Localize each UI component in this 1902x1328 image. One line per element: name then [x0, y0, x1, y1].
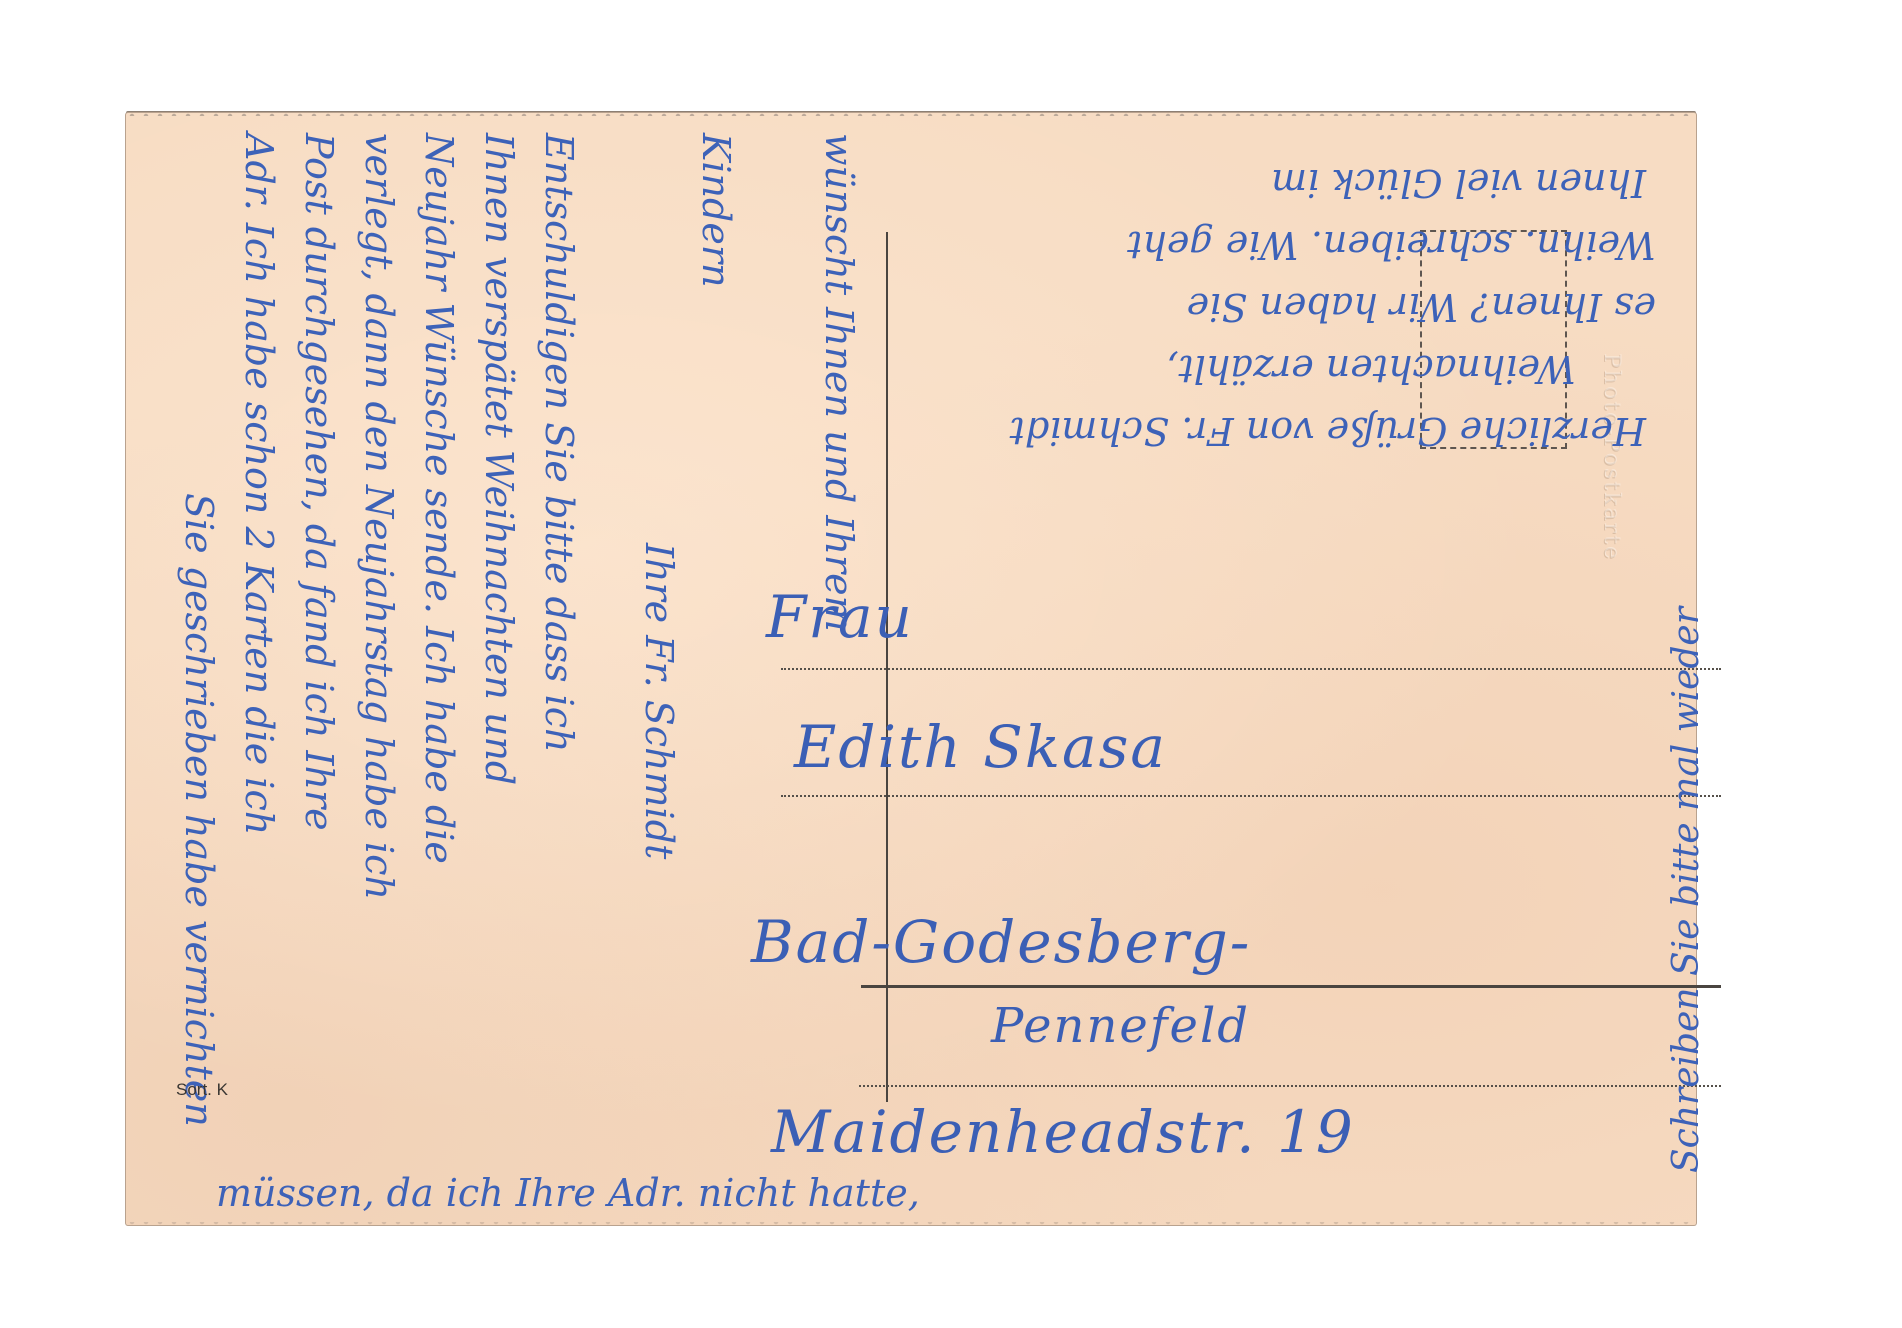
address-line-2 [781, 795, 1721, 797]
address-line-4 [859, 1085, 1721, 1087]
message-line: Kindern [694, 133, 738, 287]
printed-sort-mark: Sort. K [176, 1080, 228, 1100]
message-line: Ihnen verspätet Weihnachten und [477, 133, 521, 785]
message-line: verlegt, dann den Neujahrstag habe ich [357, 133, 401, 900]
postcard: Photo-Postkarte Frau Edith Skasa Bad-God… [126, 113, 1696, 1225]
message-line: Adr. Ich habe schon 2 Karten die ich [237, 133, 281, 835]
message-line: es Ihnen? Wir haben Sie [1187, 285, 1656, 329]
address-line-3 [861, 985, 1721, 988]
left-message: wünscht Ihnen und Ihrem Kindern Ihre Fr.… [126, 113, 886, 1225]
right-edge-note: Schreiben Sie bitte mal wieder [1666, 607, 1707, 1173]
message-line: Ihre Fr. Schmidt [637, 543, 681, 859]
message-line: Weihnachten erzählt, [1166, 347, 1576, 391]
message-line: Post durchgesehen, da fand ich Ihre [297, 133, 341, 831]
address-district: Pennefeld [991, 998, 1250, 1054]
upside-down-message: Herzliche Grüße von Fr. Schmidt Weihnach… [976, 133, 1666, 453]
message-line: Herzliche Grüße von Fr. Schmidt [1010, 409, 1646, 453]
message-line: Neujahr Wünsche sende. Ich habe die [417, 133, 461, 864]
address-line-1 [781, 668, 1721, 670]
message-line: Weihn. schreiben. Wie geht [1127, 223, 1656, 267]
message-line: wünscht Ihnen und Ihrem [817, 133, 861, 632]
message-line: Ihnen viel Glück im [1271, 161, 1646, 205]
message-bottom-line: müssen, da ich Ihre Adr. nicht hatte, [216, 1171, 920, 1215]
message-line: Sie geschrieben habe vernichten [177, 493, 221, 1127]
message-line: Entschuldigen Sie bitte dass ich [537, 133, 581, 753]
